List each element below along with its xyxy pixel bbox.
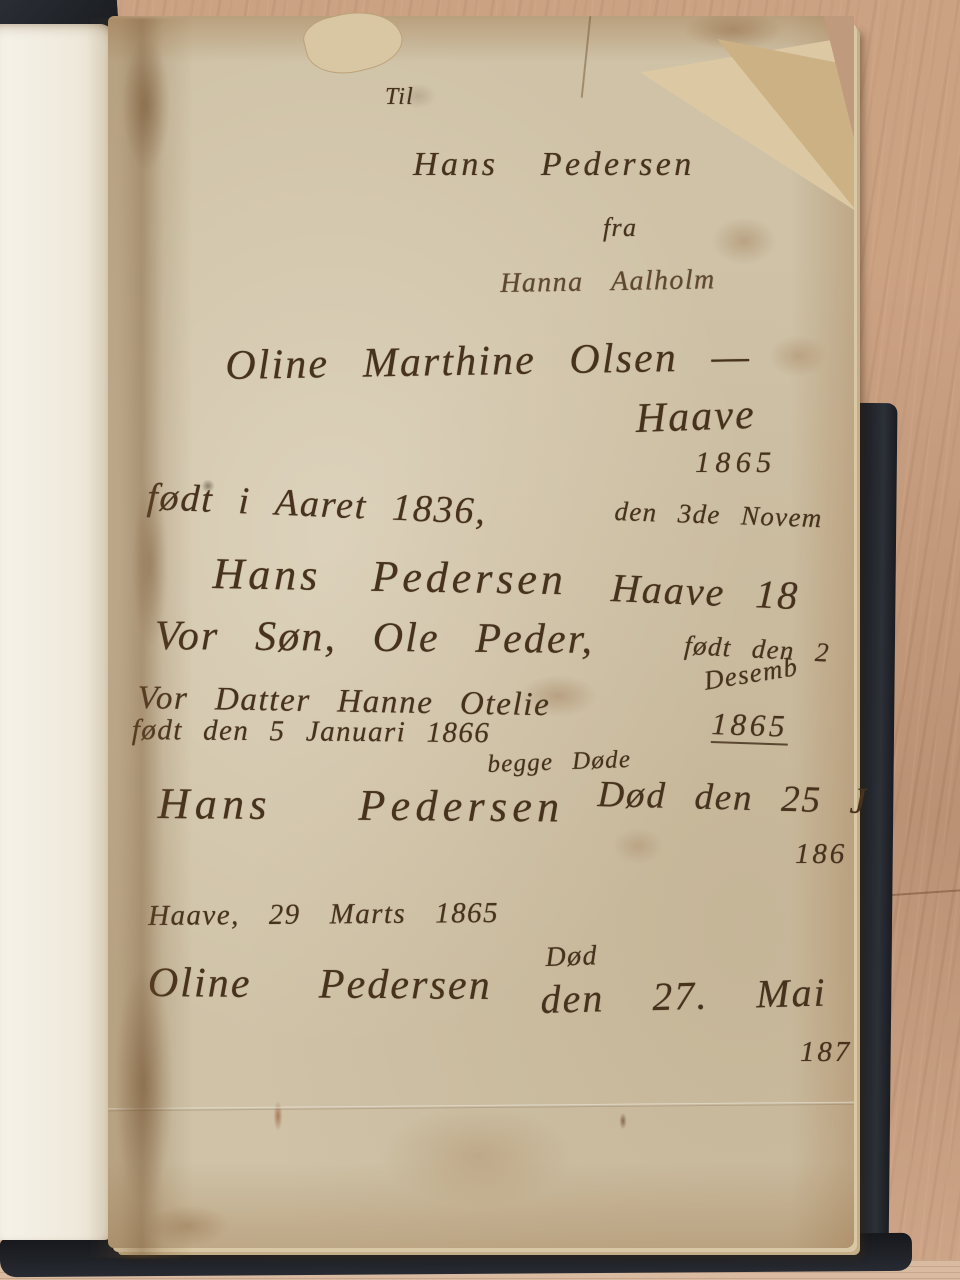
widow-death-year: 187 [800,1038,852,1067]
daughter-year-underlined: 1865 [711,708,789,746]
dateline: Haave, 29 Marts 1865 [148,899,499,931]
widow-death-date: den 27. Mai [540,973,827,1020]
daughter-birth-date: født den 5 Januari 1866 [132,716,491,748]
husband-place-line: Haave 18 [610,568,800,616]
son-line: Vor Søn, Ole Peder, [155,615,595,661]
dedication-recipient: Hans Pedersen [413,148,695,182]
owner-place-line: Haave [635,394,757,440]
husband-death-year: 186 [795,840,847,869]
flyleaf-page: Til Hans Pedersen fra Hanna Aalholm Olin… [108,16,854,1248]
birth-line: født i Aaret 1836, [146,478,487,531]
owner-name-line: Oline Marthine Olsen — [225,336,751,387]
husband-death-date: Død den 25 J [597,776,868,820]
husband-death-name: Hans Pedersen [158,782,565,830]
crease-line [108,1102,854,1112]
top-edge-crack [581,16,592,98]
husband-name-line: Hans Pedersen [212,552,567,602]
widow-name-line: Oline Pedersen [148,962,492,1007]
dedication-fra: fra [603,215,637,241]
dedication-til: Til [385,85,414,109]
photo-of-open-book: Til Hans Pedersen fra Hanna Aalholm Olin… [0,0,960,1280]
owner-year: 1865 [695,448,777,478]
birth-line-date: den 3de Novem [614,498,823,532]
widow-death-word: Død [545,942,598,972]
facing-page [0,24,114,1240]
dedication-giver: Hanna Aalholm [500,266,716,298]
both-died-note: begge Døde [487,747,632,777]
